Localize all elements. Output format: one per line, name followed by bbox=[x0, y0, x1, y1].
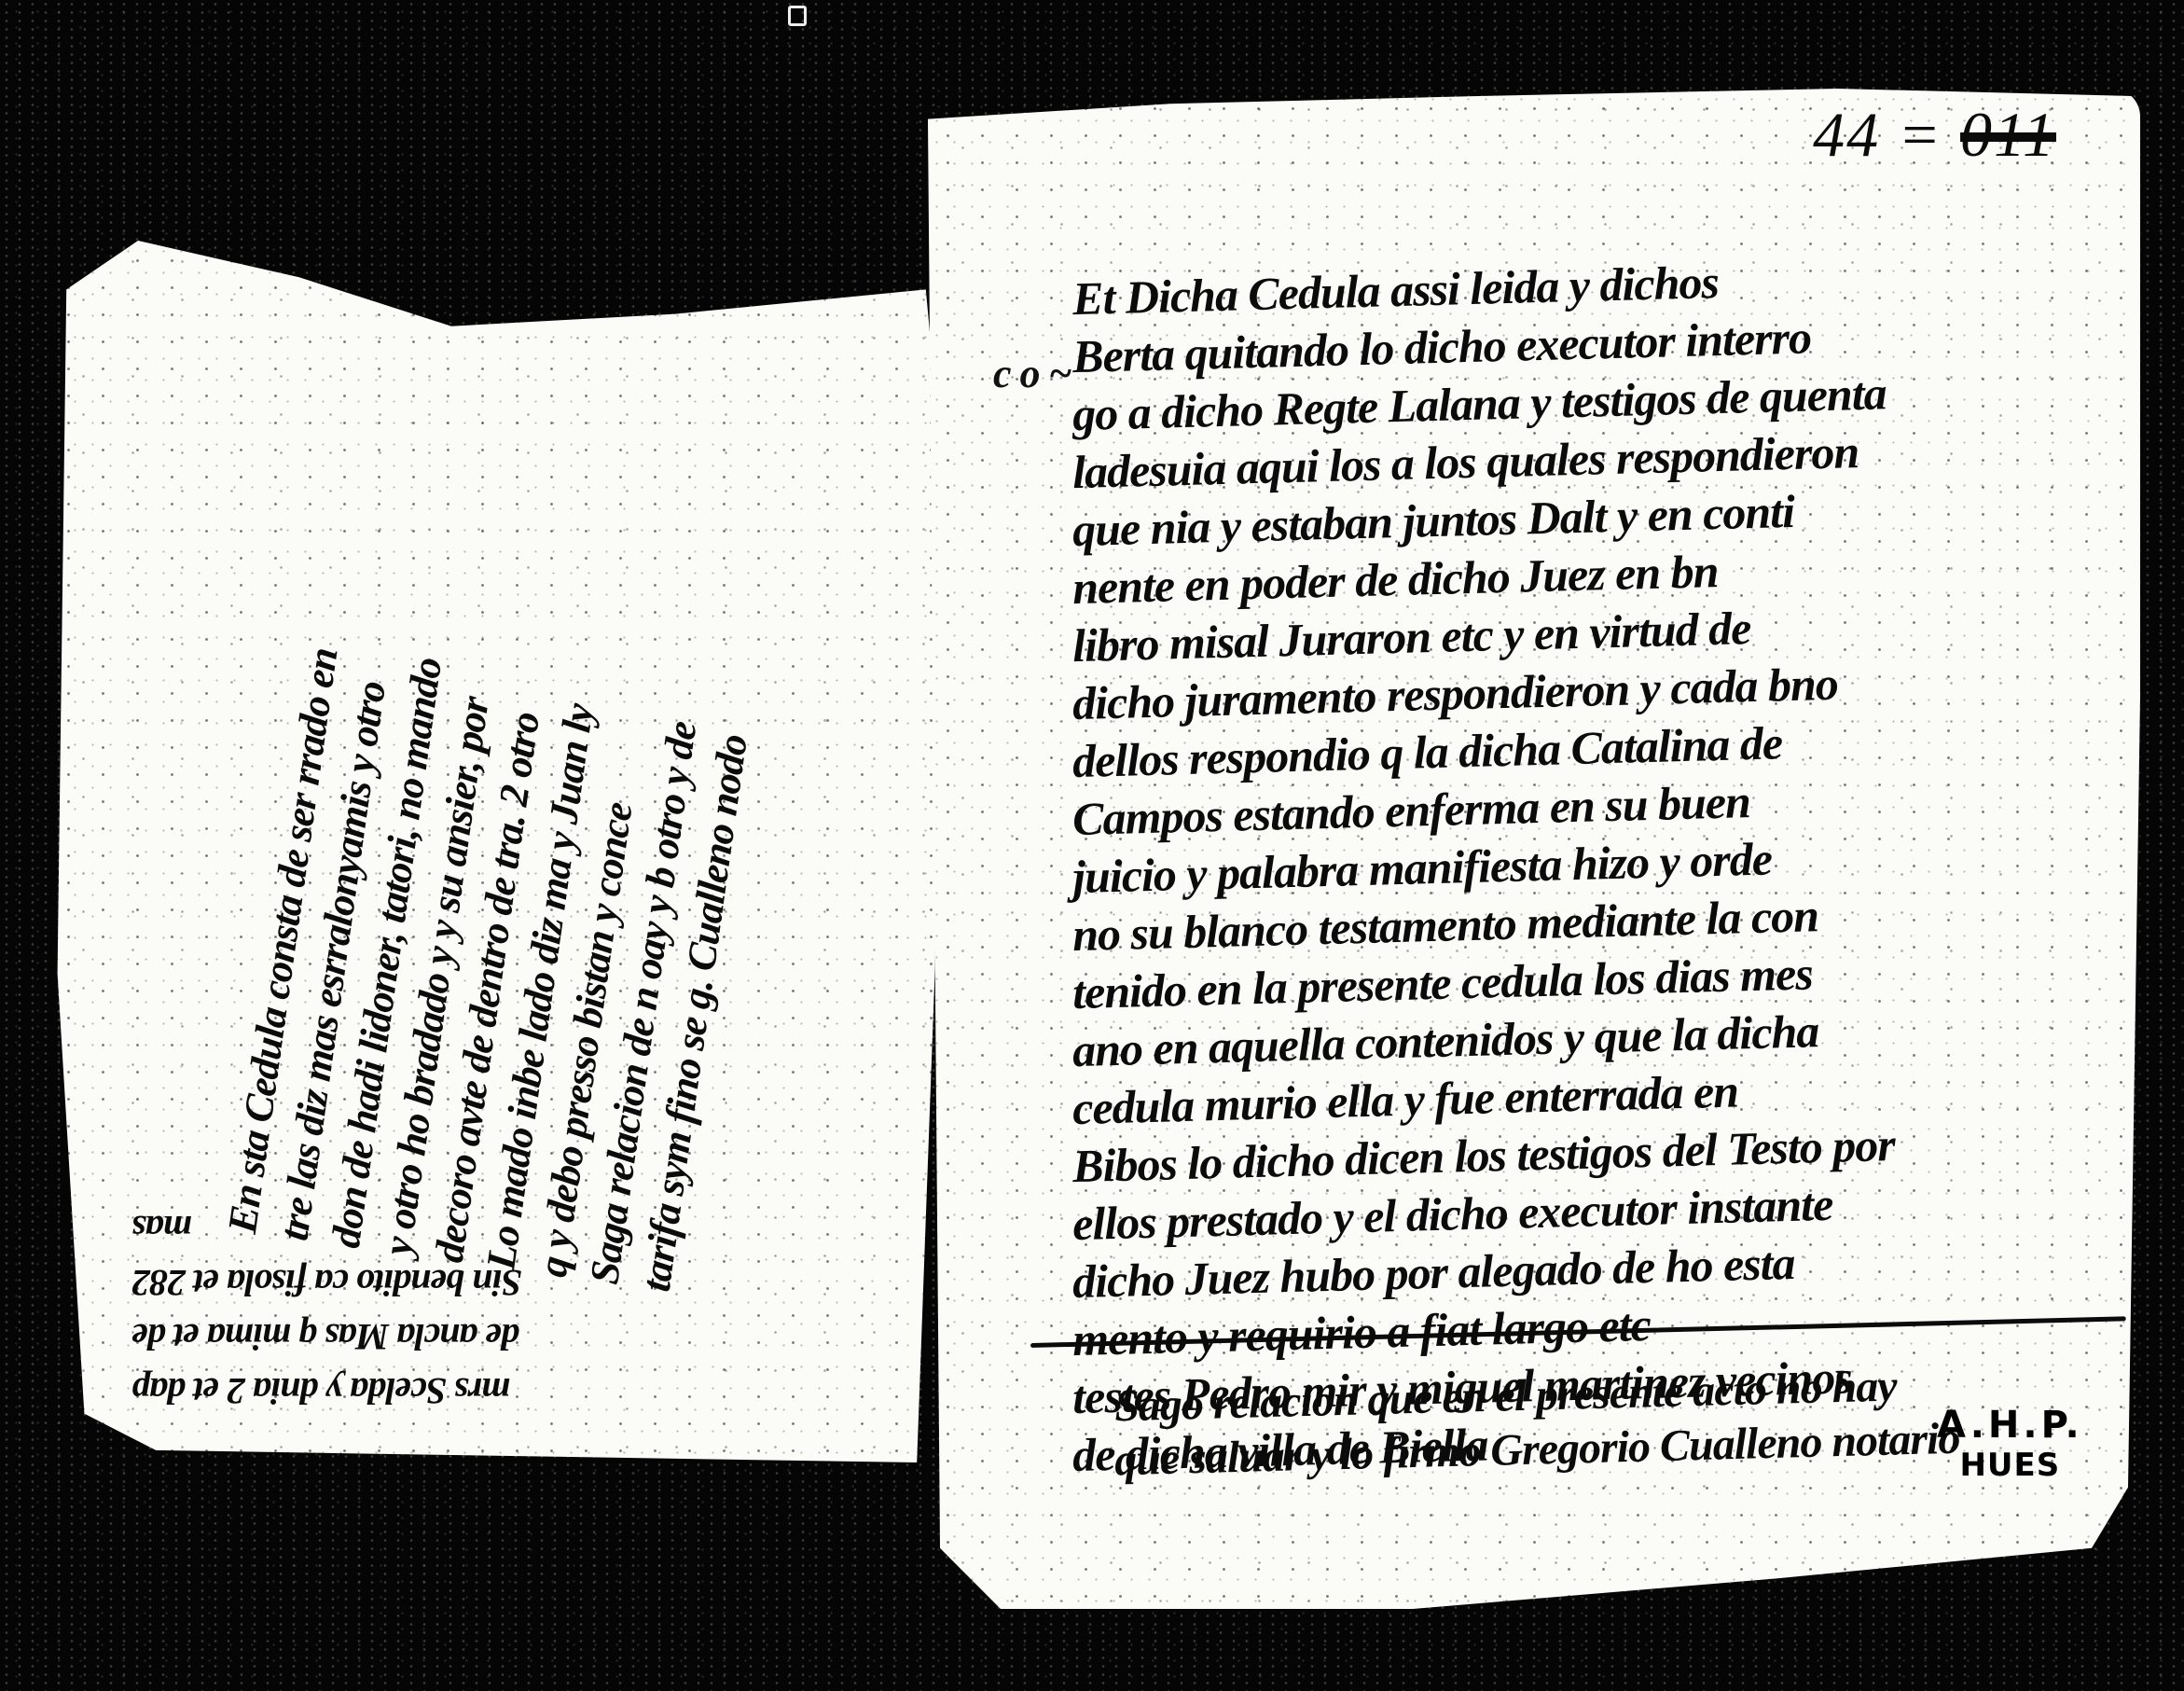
folio-number: 44 = 011 bbox=[1813, 98, 2056, 172]
inverted-text-block: mrs Scelda y dnia 2 et dap de ancla Mas … bbox=[132, 1201, 878, 1418]
document-scan: { "folio": { "number": "44", "separator"… bbox=[0, 0, 2184, 1691]
manuscript-line: mas bbox=[132, 1201, 878, 1255]
manuscript-line: mrs Scelda y dnia 2 et dap bbox=[132, 1364, 878, 1418]
margin-mark: c o ~ bbox=[993, 350, 1071, 397]
main-text-block: Et Dicha Cedula assi leida y dichos Bert… bbox=[1072, 256, 2080, 1471]
manuscript-line: de ancla Mas q mima et de bbox=[132, 1310, 878, 1364]
stamp-line-2: HUES bbox=[1937, 1447, 2083, 1484]
rotated-text-block: En sta Cedula consta de ser rrado en tre… bbox=[216, 527, 781, 1295]
scan-artifact bbox=[788, 6, 807, 26]
manuscript-line: Sin bendito ca fisola et 282 bbox=[132, 1255, 878, 1310]
stamp-line-1: A.H.P. bbox=[1937, 1404, 2083, 1447]
folio-current: 44 bbox=[1813, 99, 1880, 170]
folio-struck: 011 bbox=[1960, 99, 2056, 170]
page-edge bbox=[48, 241, 54, 1462]
archive-stamp: A.H.P. HUES bbox=[1937, 1404, 2083, 1484]
folio-separator: = bbox=[1898, 99, 1942, 170]
right-page: 44 = 011 c o ~ Et Dicha Cedula assi leid… bbox=[928, 89, 2140, 1609]
left-page: En sta Cedula consta de ser rrado en tre… bbox=[48, 241, 944, 1462]
